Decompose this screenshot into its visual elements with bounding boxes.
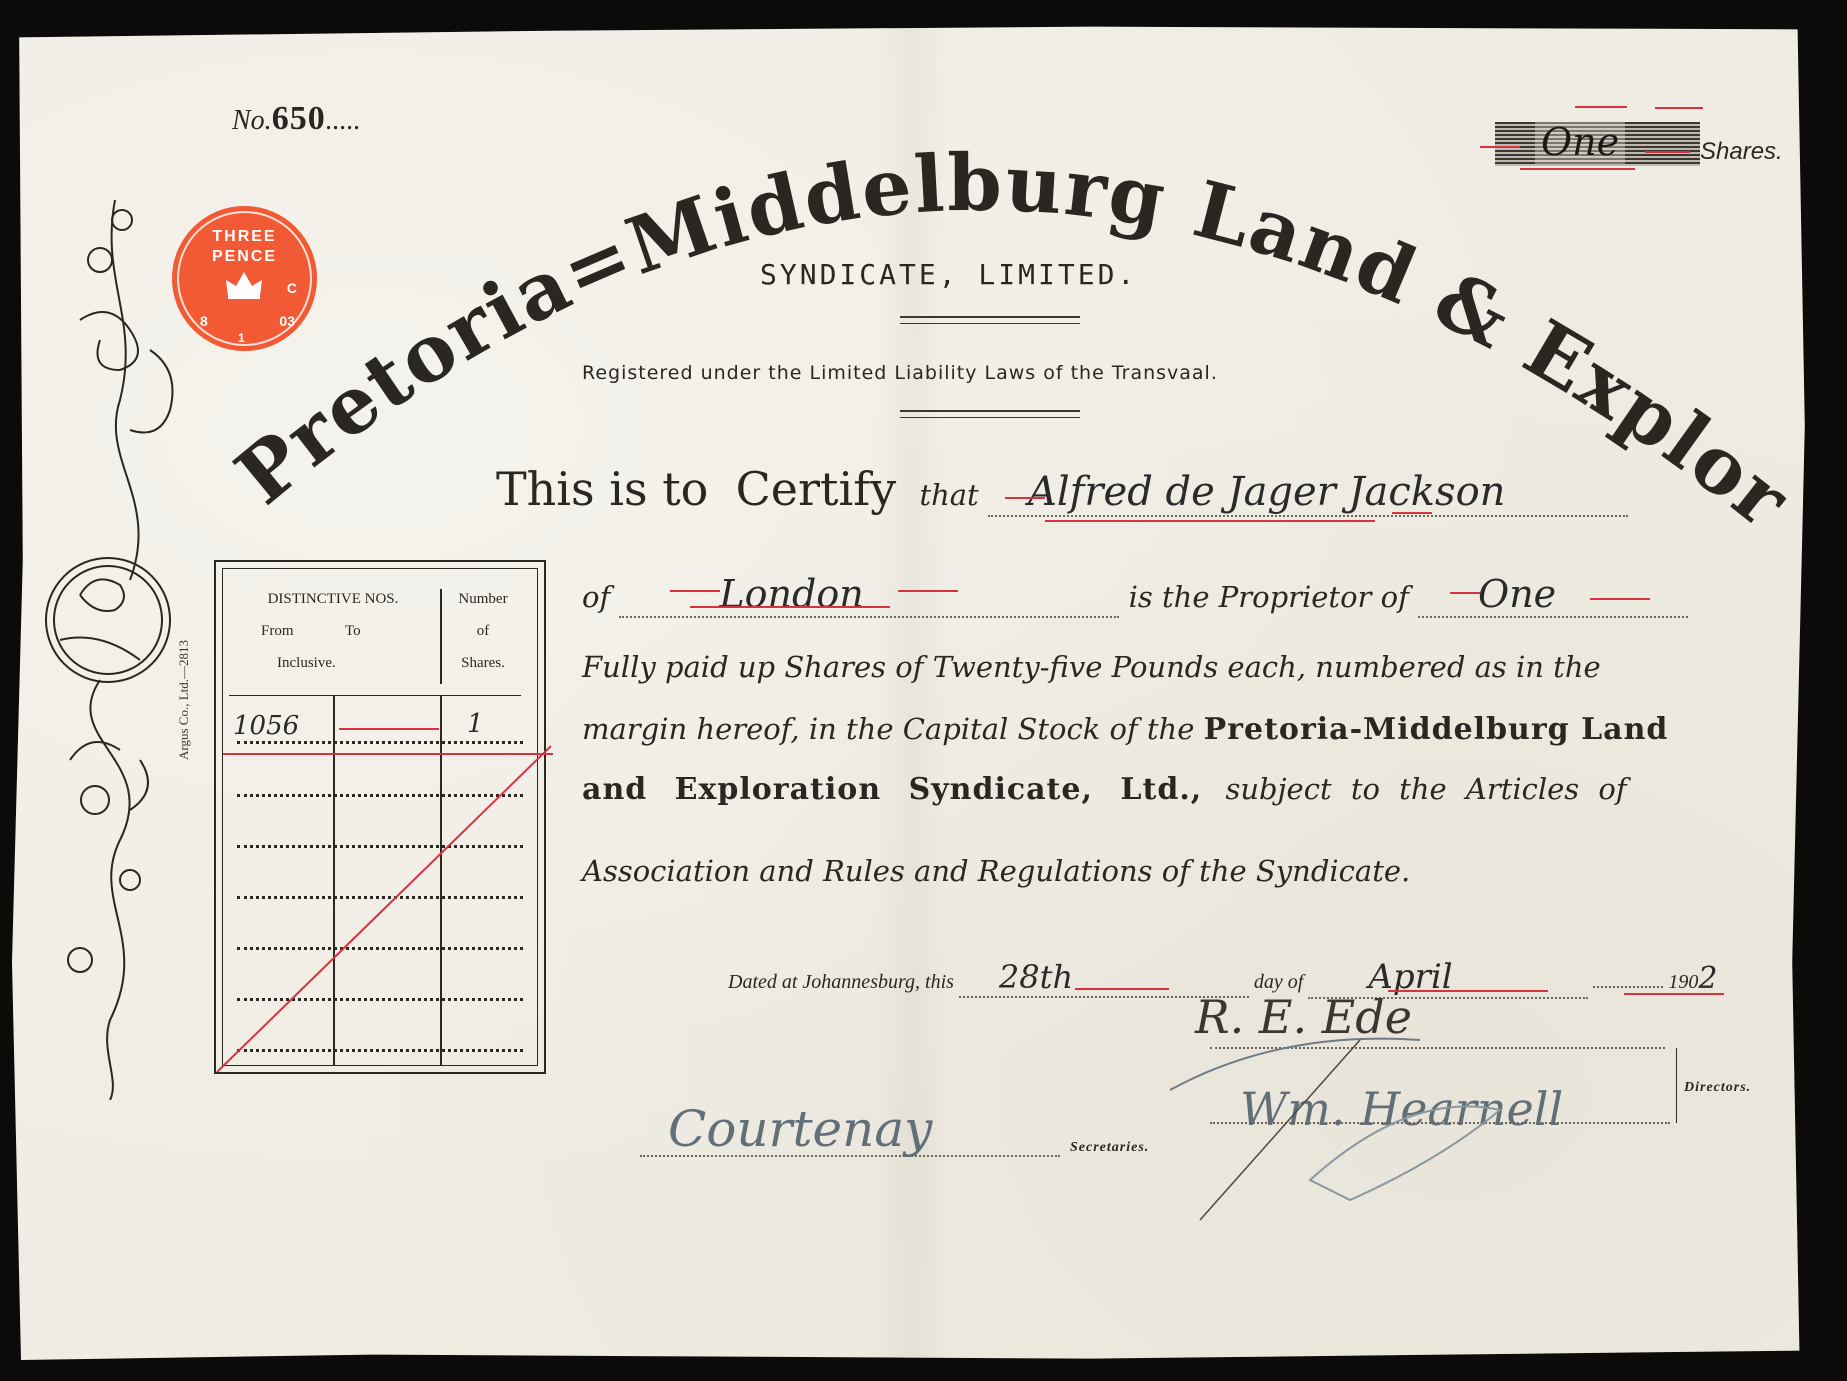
header-inclusive: Inclusive. — [277, 655, 336, 672]
red-mark — [1075, 988, 1169, 990]
printer-imprint: Argus Co., Ltd.—2813 — [176, 560, 206, 760]
red-mark — [339, 728, 439, 730]
this-is-to-text: This is to — [496, 462, 708, 516]
signature-line — [640, 1155, 1060, 1157]
header-from: From — [261, 623, 294, 640]
header-rule — [229, 695, 521, 696]
directors-bracket — [1668, 1048, 1677, 1123]
body-line-5: and Exploration Syndicate, Ltd., subject… — [582, 772, 1627, 807]
registration-statement: Registered under the Limited Liability L… — [582, 362, 1218, 384]
body-line-3: Fully paid up Shares of Twenty-five Poun… — [582, 650, 1601, 684]
header-number: Number — [448, 591, 518, 608]
company-name-inline: Pretoria-Middelburg Land — [1204, 712, 1669, 747]
red-mark — [1392, 512, 1432, 514]
proprietor-line: of London is the Proprietor of One — [582, 572, 1688, 618]
header-of: of — [448, 623, 518, 640]
header-to: To — [345, 623, 361, 640]
line4-text: margin hereof, in the Capital Stock of t… — [582, 712, 1194, 746]
is-proprietor-text: is the Proprietor of — [1129, 580, 1409, 614]
distinctive-numbers-table: DISTINCTIVE NOS. From To Inclusive. Numb… — [214, 560, 546, 1074]
dated-year-suffix: 2 — [1698, 961, 1717, 996]
that-text: that — [919, 478, 978, 512]
red-mark — [1624, 993, 1724, 995]
red-mark — [1590, 598, 1650, 600]
red-mark — [690, 606, 890, 608]
row-from-value: 1056 — [233, 711, 299, 741]
signature-flourish — [1160, 1030, 1560, 1230]
directors-label: Directors. — [1684, 1080, 1751, 1096]
divider — [900, 410, 1080, 418]
red-mark — [1045, 520, 1375, 522]
red-mark — [1005, 497, 1045, 499]
dated-label: Dated at Johannesburg, this — [728, 971, 954, 993]
divider — [900, 316, 1080, 324]
red-mark — [1388, 990, 1548, 992]
red-mark — [670, 590, 720, 592]
body-line-4: margin hereof, in the Capital Stock of t… — [582, 712, 1668, 747]
dated-year-prefix: 190 — [1668, 971, 1698, 993]
dated-filler — [1593, 986, 1663, 988]
cancel-diagonal — [215, 744, 555, 1074]
floral-cherub-ornament — [40, 200, 190, 1100]
share-quantity: One — [1418, 572, 1688, 618]
syndicate-subtitle: SYNDICATE, LIMITED. — [760, 258, 1137, 291]
holder-city: London — [619, 572, 1119, 618]
secretaries-label: Secretaries. — [1070, 1140, 1149, 1156]
column-divider — [440, 589, 442, 684]
body-line-6: Association and Rules and Regulations of… — [582, 854, 1410, 888]
holder-name: Alfred de Jager Jackson — [988, 469, 1628, 517]
header-distinctive-nos: DISTINCTIVE NOS. — [243, 591, 423, 608]
red-mark — [898, 590, 958, 592]
certify-text: Certify — [736, 462, 897, 516]
of-text: of — [582, 580, 610, 614]
line5-text: subject to the Articles of — [1225, 772, 1626, 806]
certify-line: This is to Certify that Alfred de Jager … — [496, 462, 1628, 517]
red-mark — [1450, 592, 1480, 594]
row-shares-value: 1 — [467, 709, 484, 739]
secretary-signature: Courtenay — [668, 1100, 932, 1158]
header-shares: Shares. — [448, 655, 518, 672]
company-name-inline-2: and Exploration Syndicate, Ltd., — [582, 772, 1202, 807]
